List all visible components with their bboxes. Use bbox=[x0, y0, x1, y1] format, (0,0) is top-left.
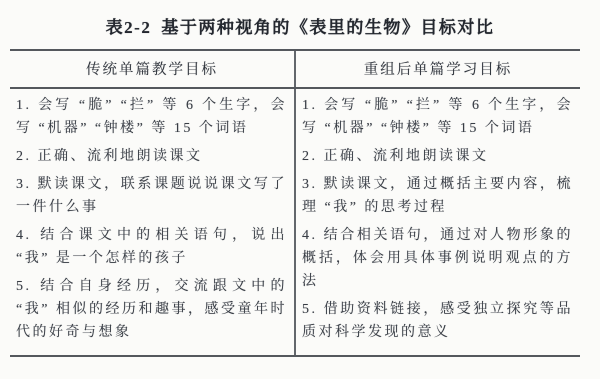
goal-item: 1. 会写 “脆” “拦” 等 6 个生字，会写 “机器” “钟楼” 等 15 … bbox=[16, 94, 287, 140]
goal-item: 3. 默读课文，联系课题说说课文写了一件什么事 bbox=[16, 173, 287, 219]
table-caption-label: 表2-2 bbox=[106, 18, 152, 37]
goal-item: 4. 结合相关语句，通过对人物形象的概括，体会用具体事例说明观点的方法 bbox=[302, 224, 573, 293]
goal-item: 2. 正确、流利地朗读课文 bbox=[16, 145, 287, 168]
table-body-row: 1. 会写 “脆” “拦” 等 6 个生字，会写 “机器” “钟楼” 等 15 … bbox=[10, 89, 580, 355]
goal-item: 5. 借助资料链接，感受独立探究等品质对科学发现的意义 bbox=[302, 298, 573, 344]
goal-item: 5. 结合自身经历，交流跟文中的 “我” 相似的经历和趣事，感受童年时代的好奇与… bbox=[16, 275, 287, 344]
goal-item: 3. 默读课文，通过概括主要内容，梳理 “我” 的思考过程 bbox=[302, 173, 573, 219]
table-caption: 表2-2基于两种视角的《表里的生物》目标对比 bbox=[0, 0, 600, 38]
column-traditional-goals: 1. 会写 “脆” “拦” 等 6 个生字，会写 “机器” “钟楼” 等 15 … bbox=[10, 89, 296, 355]
table-header-row: 传统单篇教学目标 重组后单篇学习目标 bbox=[10, 51, 580, 89]
goal-item: 4. 结合课文中的相关语句，说出 “我” 是一个怎样的孩子 bbox=[16, 224, 287, 270]
header-restructured-goals: 重组后单篇学习目标 bbox=[296, 51, 580, 87]
table-caption-title: 基于两种视角的《表里的生物》目标对比 bbox=[161, 18, 494, 37]
comparison-table: 传统单篇教学目标 重组后单篇学习目标 1. 会写 “脆” “拦” 等 6 个生字… bbox=[10, 49, 580, 357]
column-restructured-goals: 1. 会写 “脆” “拦” 等 6 个生字，会写 “机器” “钟楼” 等 15 … bbox=[296, 89, 580, 355]
goal-item: 2. 正确、流利地朗读课文 bbox=[302, 145, 573, 168]
header-traditional-goals: 传统单篇教学目标 bbox=[10, 51, 296, 87]
goal-item: 1. 会写 “脆” “拦” 等 6 个生字，会写 “机器” “钟楼” 等 15 … bbox=[302, 94, 573, 140]
document-page: 表2-2基于两种视角的《表里的生物》目标对比 传统单篇教学目标 重组后单篇学习目… bbox=[0, 0, 600, 379]
